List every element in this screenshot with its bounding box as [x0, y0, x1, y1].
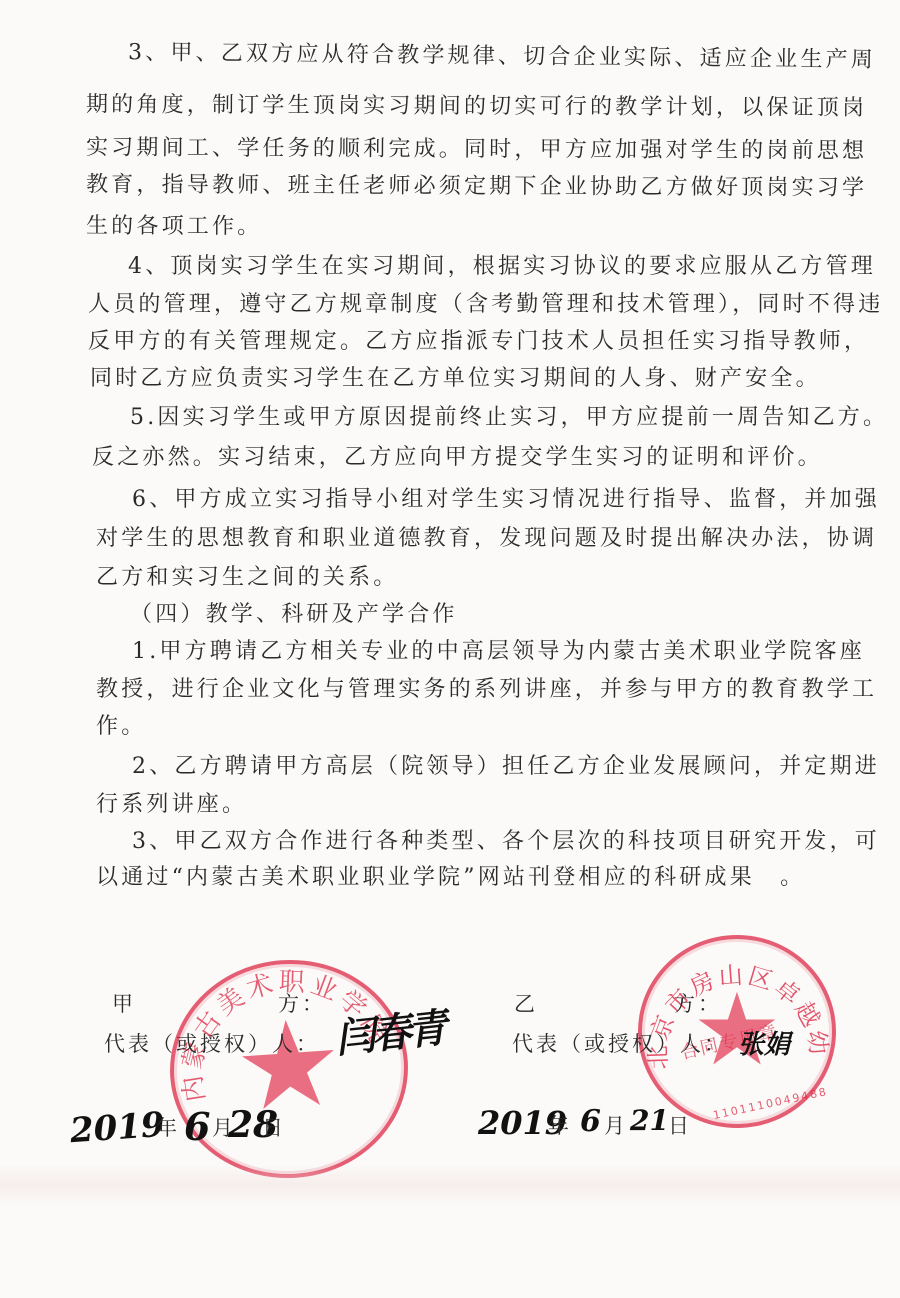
party-a-rep-label: 代表（或授权）人：	[104, 1028, 320, 1058]
text-line: 2、乙方聘请甲方高层（院领导）担任乙方企业发展顾问，并定期进	[132, 752, 880, 782]
text-line: 3、甲、乙双方应从符合教学规律、切合企业实际、适应企业生产周	[128, 38, 876, 76]
text-line: 反甲方的有关管理规定。乙方应指派专门技术人员担任实习指导教师，	[88, 327, 869, 357]
text-line: 3、甲乙双方合作进行各种类型、各个层次的科技项目研究开发，可	[132, 827, 880, 857]
text-line: 实习期间工、学任务的顺利完成。同时，甲方应加强对学生的岗前思想	[86, 133, 867, 166]
text-line: 乙方和实习生之间的关系。	[96, 563, 398, 593]
text-line: 以通过“内蒙古美术职业职业学院”网站刊登相应的科研成果 。	[96, 863, 805, 893]
party-a-signature: 闫春青	[332, 997, 445, 1065]
text-line: 行系列讲座。	[96, 790, 247, 820]
text-line: 教授，进行企业文化与管理实务的系列讲座，并参与甲方的教育教学工	[96, 675, 877, 705]
party-a-date-year-label: 年	[156, 1112, 180, 1142]
text-line: 同时乙方应负责实习学生在乙方单位实习期间的人身、财产安全。	[90, 364, 821, 394]
party-a-date-day-label: 日	[262, 1112, 286, 1142]
party-b-label: 乙	[514, 988, 538, 1018]
text-line: 6、甲方成立实习指导小组对学生实习情况进行指导、监督，并加强	[132, 485, 880, 515]
text-line: 1.甲方聘请乙方相关专业的中高层领导为内蒙古美术职业学院客座	[132, 637, 865, 667]
party-b-date-day: 21	[630, 1104, 669, 1137]
text-line: 反之亦然。实习结束，乙方应向甲方提交学生实习的证明和评价。	[92, 443, 823, 473]
document-page: 3、甲、乙双方应从符合教学规律、切合企业实际、适应企业生产周期的角度，制订学生顶…	[0, 0, 900, 1298]
party-b-fang-label: 方：	[674, 988, 722, 1018]
text-line: 生的各项工作。	[86, 212, 263, 243]
party-a-date-year: 2019	[69, 1105, 166, 1152]
page-fold-shadow	[0, 1165, 900, 1205]
text-line: 5.因实习学生或甲方原因提前终止实习，甲方应提前一周告知乙方。	[130, 403, 888, 433]
party-b-date-month-label: 月	[604, 1110, 628, 1140]
text-line: 作。	[96, 712, 146, 742]
text-line: 对学生的思想教育和职业道德教育，发现问题及时提出解决办法，协调	[96, 524, 877, 554]
text-line: 期的角度，制订学生顶岗实习期间的切实可行的教学计划，以保证顶岗	[86, 90, 867, 123]
party-b-date-year-label: 年	[548, 1110, 572, 1140]
text-line: 教育，指导教师、班主任老师必须定期下企业协助乙方做好顶岗实习学	[86, 170, 867, 203]
party-b-date-day-label: 日	[668, 1110, 692, 1140]
party-b-rep-label: 代表（或授权）人：	[512, 1028, 728, 1058]
party-b-signature: 张娟	[738, 1024, 790, 1061]
party-a-label: 甲	[112, 988, 136, 1018]
text-line: 4、顶岗实习学生在实习期间，根据实习协议的要求应服从乙方管理	[128, 252, 876, 282]
party-a-fang-label: 方：	[278, 988, 326, 1018]
text-line: （四）教学、科研及产学合作	[130, 600, 458, 630]
party-b-date-month: 6	[580, 1104, 601, 1139]
party-a-date-month: 6	[184, 1104, 210, 1149]
text-line: 人员的管理，遵守乙方规章制度（含考勤管理和技术管理），同时不得违	[88, 290, 883, 320]
